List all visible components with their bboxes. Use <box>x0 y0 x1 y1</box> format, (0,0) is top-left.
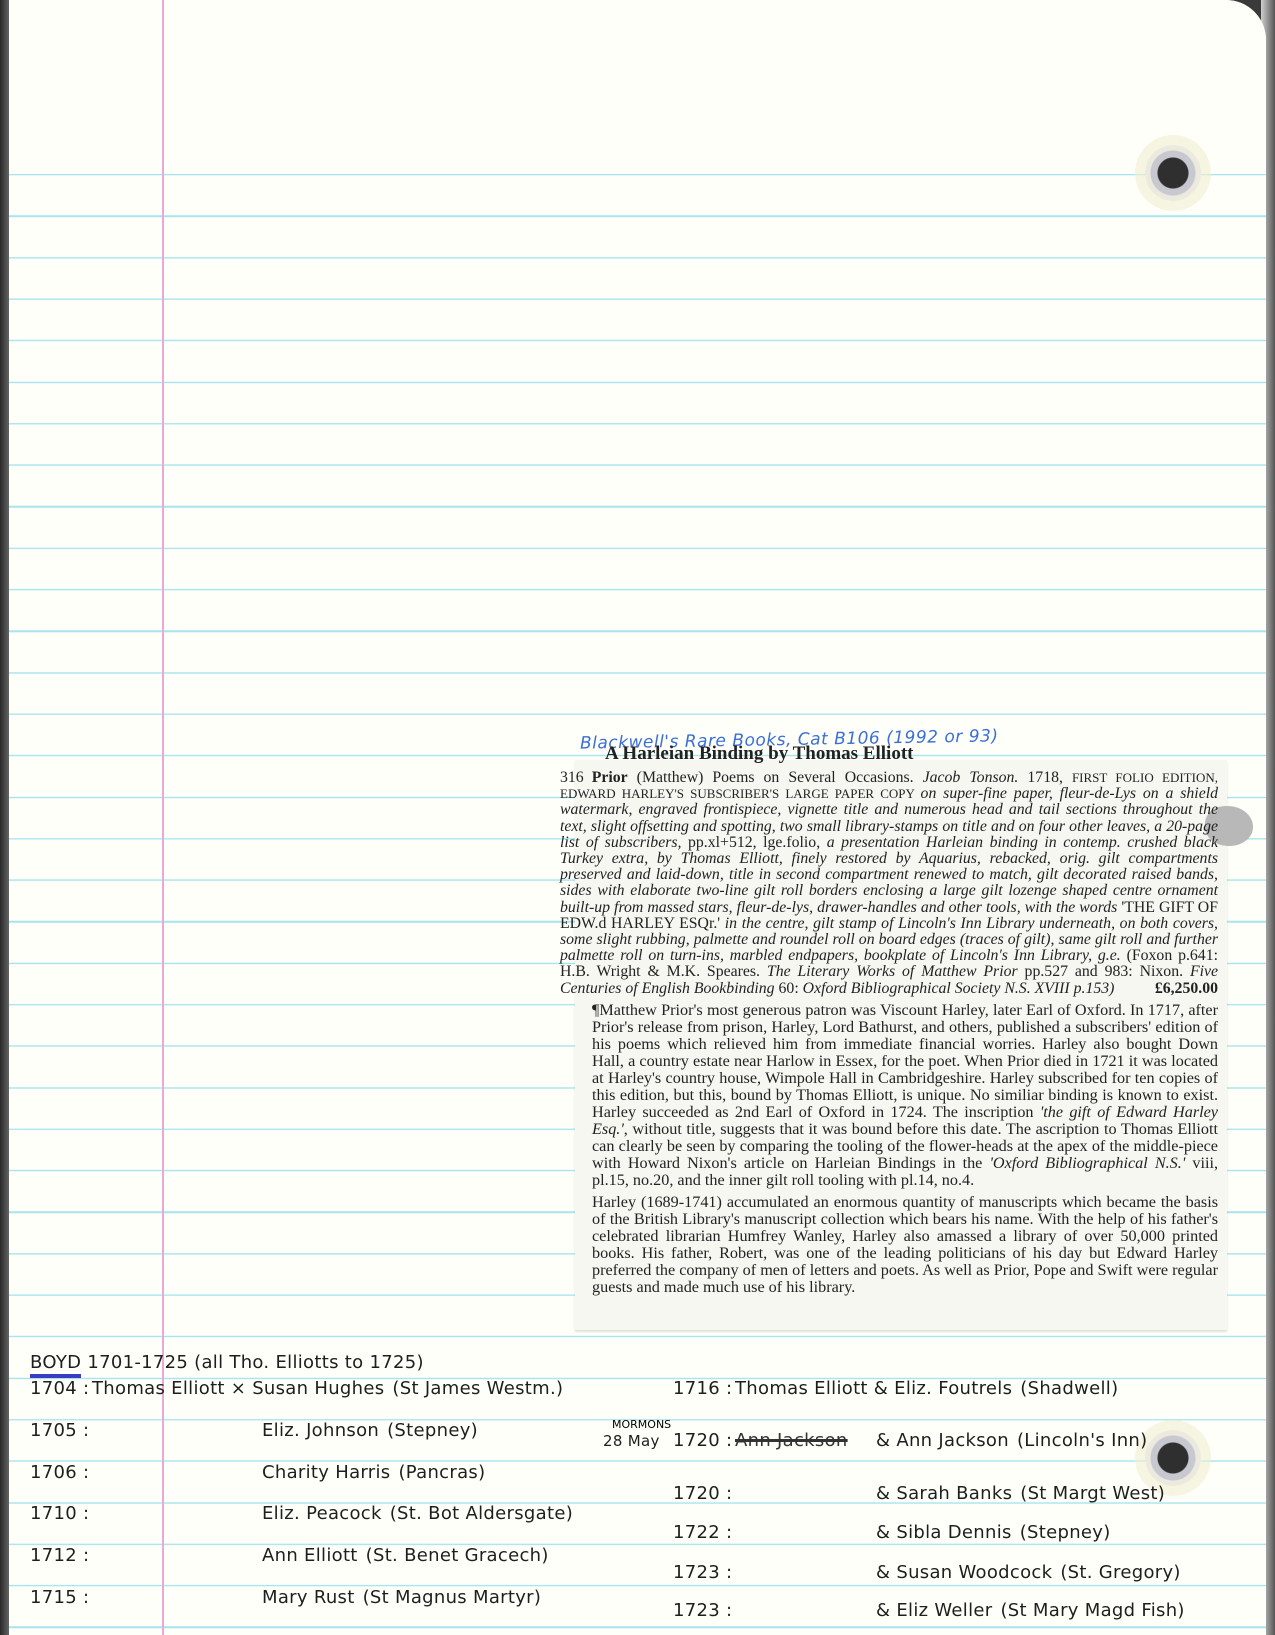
and-sign: & <box>876 1430 890 1451</box>
marriage-year: 1723 : <box>673 1562 735 1583</box>
marriage-row: 1716 :Thomas Elliott&Eliz. Foutrels(Shad… <box>603 1378 1118 1399</box>
bride-name: Susan Woodcock <box>896 1562 1052 1583</box>
mormons-note: MORMONS <box>612 1418 671 1431</box>
marriage-year: 1712 : <box>30 1545 92 1566</box>
parish: (St. Gregory) <box>1060 1562 1180 1583</box>
marriage-row: 1704 :Thomas Elliott×Susan Hughes(St Jam… <box>30 1378 563 1399</box>
marriage-row: 1715 :Mary Rust(St Magnus Martyr) <box>30 1587 541 1608</box>
marriage-row: 1706 :Charity Harris(Pancras) <box>30 1462 485 1483</box>
bride-name: Ann Jackson <box>896 1430 1009 1451</box>
parish: (St Magnus Martyr) <box>363 1587 542 1608</box>
and-sign: & <box>876 1522 890 1543</box>
and-sign: & <box>874 1378 888 1399</box>
marriage-row: 1712 :Ann Elliott(St. Benet Gracech) <box>30 1545 549 1566</box>
marriage-row: 1723 :&Susan Woodcock(St. Gregory) <box>603 1562 1181 1583</box>
note-paragraph-2: Harley (1689-1741) accumulated an enormo… <box>592 1194 1218 1296</box>
price: £6,250.00 <box>1155 981 1218 997</box>
and-sign: & <box>876 1600 890 1621</box>
entry-segment: 1718, <box>1027 769 1072 786</box>
marriage-row: 28 May1720 :Ann Jackson&Ann Jackson(Linc… <box>603 1430 1147 1451</box>
parish: (Lincoln's Inn) <box>1017 1430 1147 1451</box>
lot-number: 316 <box>560 769 584 786</box>
entry-segment: Oxford Bibliographical Society N.S. XVII… <box>803 980 1115 997</box>
bride-name: Mary Rust <box>262 1587 355 1608</box>
bride-name: Eliz Weller <box>896 1600 992 1621</box>
parish: (Shadwell) <box>1020 1378 1118 1399</box>
boyd-heading: BOYD 1701-1725 (all Tho. Elliotts to 172… <box>30 1352 424 1373</box>
boyd-tag: BOYD <box>30 1352 81 1378</box>
marriage-year: 1720 : <box>673 1483 735 1504</box>
entry-segment: pp.527 and 983: Nixon. <box>1025 963 1190 980</box>
note-paragraph-1: ¶Matthew Prior's most generous patron wa… <box>592 1002 1218 1189</box>
marriage-year: 1715 : <box>30 1587 92 1608</box>
entry-segment: pp.xl+512, lge.folio, <box>688 834 827 851</box>
entry-segment: 60: <box>779 980 803 997</box>
marriage-year: 1705 : <box>30 1420 92 1441</box>
parish: (St Mary Magd Fish) <box>1000 1600 1184 1621</box>
marriage-row: 1722 :&Sibla Dennis(Stepney) <box>603 1522 1111 1543</box>
bride-name: Eliz. Peacock <box>262 1503 382 1524</box>
bride-name: Sibla Dennis <box>896 1522 1011 1543</box>
marriage-year: 1704 : <box>30 1378 92 1399</box>
and-sign: × <box>231 1378 246 1399</box>
marriage-row: 1720 :&Sarah Banks(St Margt West) <box>603 1483 1165 1504</box>
parish: (St. Benet Gracech) <box>366 1545 549 1566</box>
boyd-range: 1701-1725 (all Tho. Elliotts to 1725) <box>87 1352 423 1373</box>
marriage-year: 1720 : <box>673 1430 735 1451</box>
groom-name: Thomas Elliott <box>735 1378 868 1399</box>
entry-segment: Jacob Tonson. <box>923 769 1028 786</box>
parish: (Pancras) <box>398 1462 485 1483</box>
marriage-row: 1705 :Eliz. Johnson(Stepney) <box>30 1420 478 1441</box>
and-sign: & <box>876 1562 890 1583</box>
top-margin <box>9 0 1266 174</box>
marriage-year: 1716 : <box>673 1378 735 1399</box>
bride-name: Eliz. Foutrels <box>894 1378 1012 1399</box>
struck-out-name: Ann Jackson <box>735 1430 870 1451</box>
parish: (Stepney) <box>1020 1522 1111 1543</box>
groom-name: Thomas Elliott <box>92 1378 225 1399</box>
bride-name: Charity Harris <box>262 1462 390 1483</box>
marriage-row: 1723 :&Eliz Weller(St Mary Magd Fish) <box>603 1600 1185 1621</box>
clipping-title: A Harleian Binding by Thomas Elliott <box>605 743 913 765</box>
bride-name: Susan Hughes <box>252 1378 384 1399</box>
entry-segment: The Literary Works of Matthew Prior <box>767 963 1025 980</box>
bride-name: Eliz. Johnson <box>262 1420 379 1441</box>
marriage-year: 1722 : <box>673 1522 735 1543</box>
marriage-year: 1706 : <box>30 1462 92 1483</box>
marriage-year: 1710 : <box>30 1503 92 1524</box>
entry-segment: (Matthew) Poems on Several Occasions. <box>628 769 923 786</box>
parish: (Stepney) <box>387 1420 478 1441</box>
parish: (St. Bot Aldersgate) <box>390 1503 573 1524</box>
catalogue-note: ¶Matthew Prior's most generous patron wa… <box>592 1002 1218 1301</box>
marriage-row: 1710 :Eliz. Peacock(St. Bot Aldersgate) <box>30 1503 573 1524</box>
and-sign: & <box>876 1483 890 1504</box>
parish: (St James Westm.) <box>392 1378 563 1399</box>
bride-name: Ann Elliott <box>262 1545 358 1566</box>
catalogue-entry: 316Prior (Matthew) Poems on Several Occa… <box>560 770 1218 997</box>
punch-hole-top-icon <box>1145 145 1201 201</box>
bride-name: Sarah Banks <box>896 1483 1012 1504</box>
parish: (St Margt West) <box>1020 1483 1165 1504</box>
entry-description: (Matthew) Poems on Several Occasions. Ja… <box>560 769 1218 997</box>
punch-hole-bottom-icon <box>1145 1430 1201 1486</box>
date-prefix: 28 May <box>603 1432 673 1450</box>
entry-author: Prior <box>592 769 628 786</box>
marriage-year: 1723 : <box>673 1600 735 1621</box>
